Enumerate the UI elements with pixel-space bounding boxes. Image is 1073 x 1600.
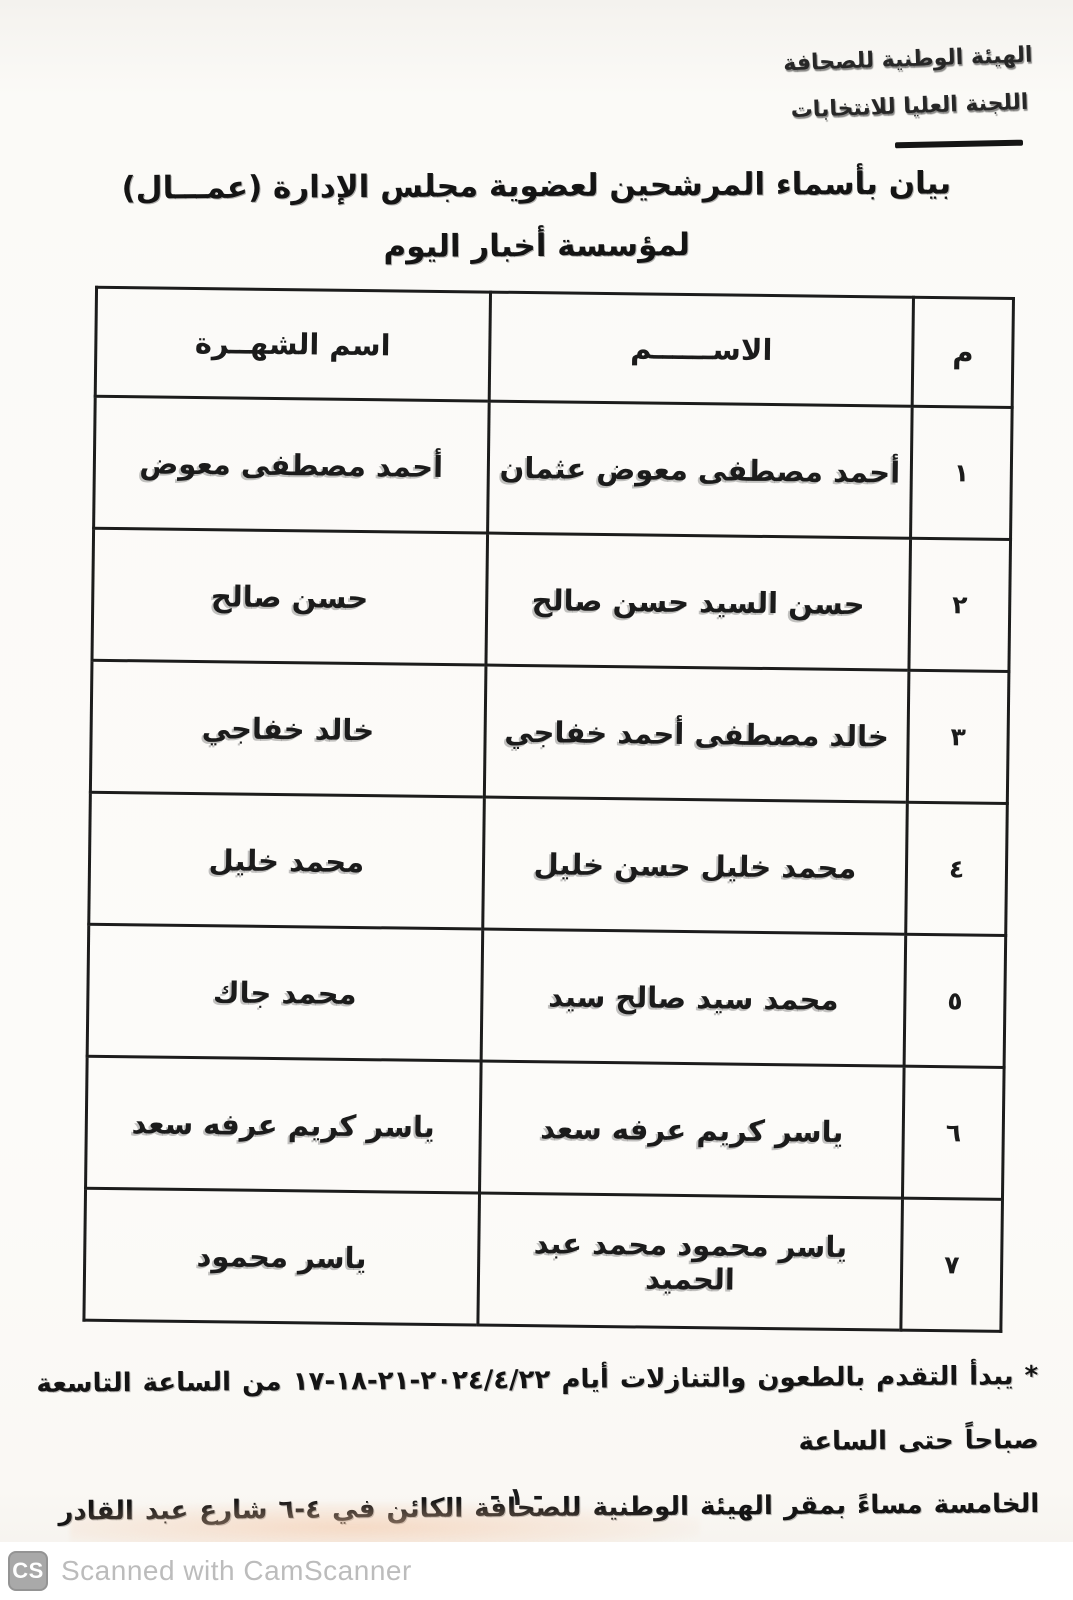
scanned-document-page: الهيئة الوطنية للصحافة اللجنة العليا للا… bbox=[0, 0, 1073, 1600]
table-row: ٢ حسن السيد حسن صالح حسن صالح bbox=[92, 528, 1011, 671]
table-row: ٧ ياسر محمود محمد عبد الحميد ياسر محمود bbox=[84, 1188, 1003, 1331]
camscanner-bar: CS Scanned with CamScanner bbox=[0, 1542, 1073, 1600]
document-title: بيان بأسماء المرشحين لعضوية مجلس الإدارة… bbox=[60, 153, 1014, 279]
title-line-2: لمؤسسة أخبار اليوم bbox=[60, 213, 1013, 279]
row-name-cell: محمد سيد صالح سيد bbox=[481, 929, 906, 1066]
row-name-cell: ياسر كريم عرفه سعد bbox=[479, 1061, 904, 1198]
row-number-cell: ٣ bbox=[908, 670, 1009, 803]
row-name-cell: خالد مصطفى أحمد خفاجي bbox=[484, 665, 909, 802]
footnote-line-1: * يبدأ التقدم بالطعون والتنازلات أيام ٢٠… bbox=[25, 1344, 1039, 1480]
table-row: ٣ خالد مصطفى أحمد خفاجي خالد خفاجي bbox=[90, 660, 1009, 803]
title-line-1: بيان بأسماء المرشحين لعضوية مجلس الإدارة… bbox=[60, 153, 1013, 219]
row-nickname-cell: حسن صالح bbox=[92, 528, 487, 665]
camscanner-badge-icon: CS bbox=[8, 1551, 48, 1591]
candidates-table: م الاســــــم اسم الشهــرة ١ أحمد مصطفى … bbox=[82, 286, 1015, 1333]
row-nickname-cell: ياسر محمود bbox=[84, 1188, 479, 1325]
row-number-cell: ٤ bbox=[906, 802, 1007, 935]
header-number: م bbox=[912, 297, 1013, 407]
header-nickname: اسم الشهــرة bbox=[95, 287, 490, 401]
row-number-cell: ٢ bbox=[909, 538, 1010, 671]
candidates-table-body: ١ أحمد مصطفى معوض عثمان أحمد مصطفى معوض … bbox=[84, 396, 1012, 1331]
table-row: ٤ محمد خليل حسن خليل محمد خليل bbox=[89, 792, 1008, 935]
row-nickname-cell: أحمد مصطفى معوض bbox=[94, 396, 489, 533]
row-nickname-cell: محمد خليل bbox=[89, 792, 484, 929]
footnote-dates: ٢٠٢٤/٤/٢٢-٢١-١٨-١٧ bbox=[293, 1365, 551, 1397]
table-header-row: م الاســــــم اسم الشهــرة bbox=[95, 287, 1013, 407]
row-nickname-cell: محمد جاك bbox=[87, 924, 482, 1061]
table-row: ٦ ياسر كريم عرفه سعد ياسر كريم عرفه سعد bbox=[86, 1056, 1005, 1199]
table-row: ٥ محمد سيد صالح سيد محمد جاك bbox=[87, 924, 1006, 1067]
table-row: ١ أحمد مصطفى معوض عثمان أحمد مصطفى معوض bbox=[94, 396, 1013, 539]
row-nickname-cell: ياسر كريم عرفه سعد bbox=[86, 1056, 481, 1193]
footnote-marker: * bbox=[1025, 1361, 1039, 1391]
row-number-cell: ٧ bbox=[901, 1198, 1002, 1331]
footnote-text-before-dates: يبدأ التقدم بالطعون والتنازلات أيام bbox=[561, 1361, 1013, 1395]
header-name: الاســــــم bbox=[489, 292, 914, 406]
camscanner-label: Scanned with CamScanner bbox=[61, 1555, 412, 1587]
stamp-line-2: اللجنة العليا للانتخابات bbox=[784, 79, 1035, 135]
row-number-cell: ٥ bbox=[904, 934, 1005, 1067]
row-number-cell: ١ bbox=[911, 406, 1012, 539]
row-name-cell: محمد خليل حسن خليل bbox=[482, 797, 907, 934]
authority-stamp: الهيئة الوطنية للصحافة اللجنة العليا للا… bbox=[782, 32, 1034, 135]
row-nickname-cell: خالد خفاجي bbox=[90, 660, 485, 797]
row-name-cell: ياسر محمود محمد عبد الحميد bbox=[478, 1193, 903, 1330]
stamp-underline bbox=[895, 140, 1023, 149]
row-name-cell: حسن السيد حسن صالح bbox=[486, 533, 911, 670]
row-name-cell: أحمد مصطفى معوض عثمان bbox=[487, 401, 912, 538]
row-number-cell: ٦ bbox=[903, 1066, 1004, 1199]
